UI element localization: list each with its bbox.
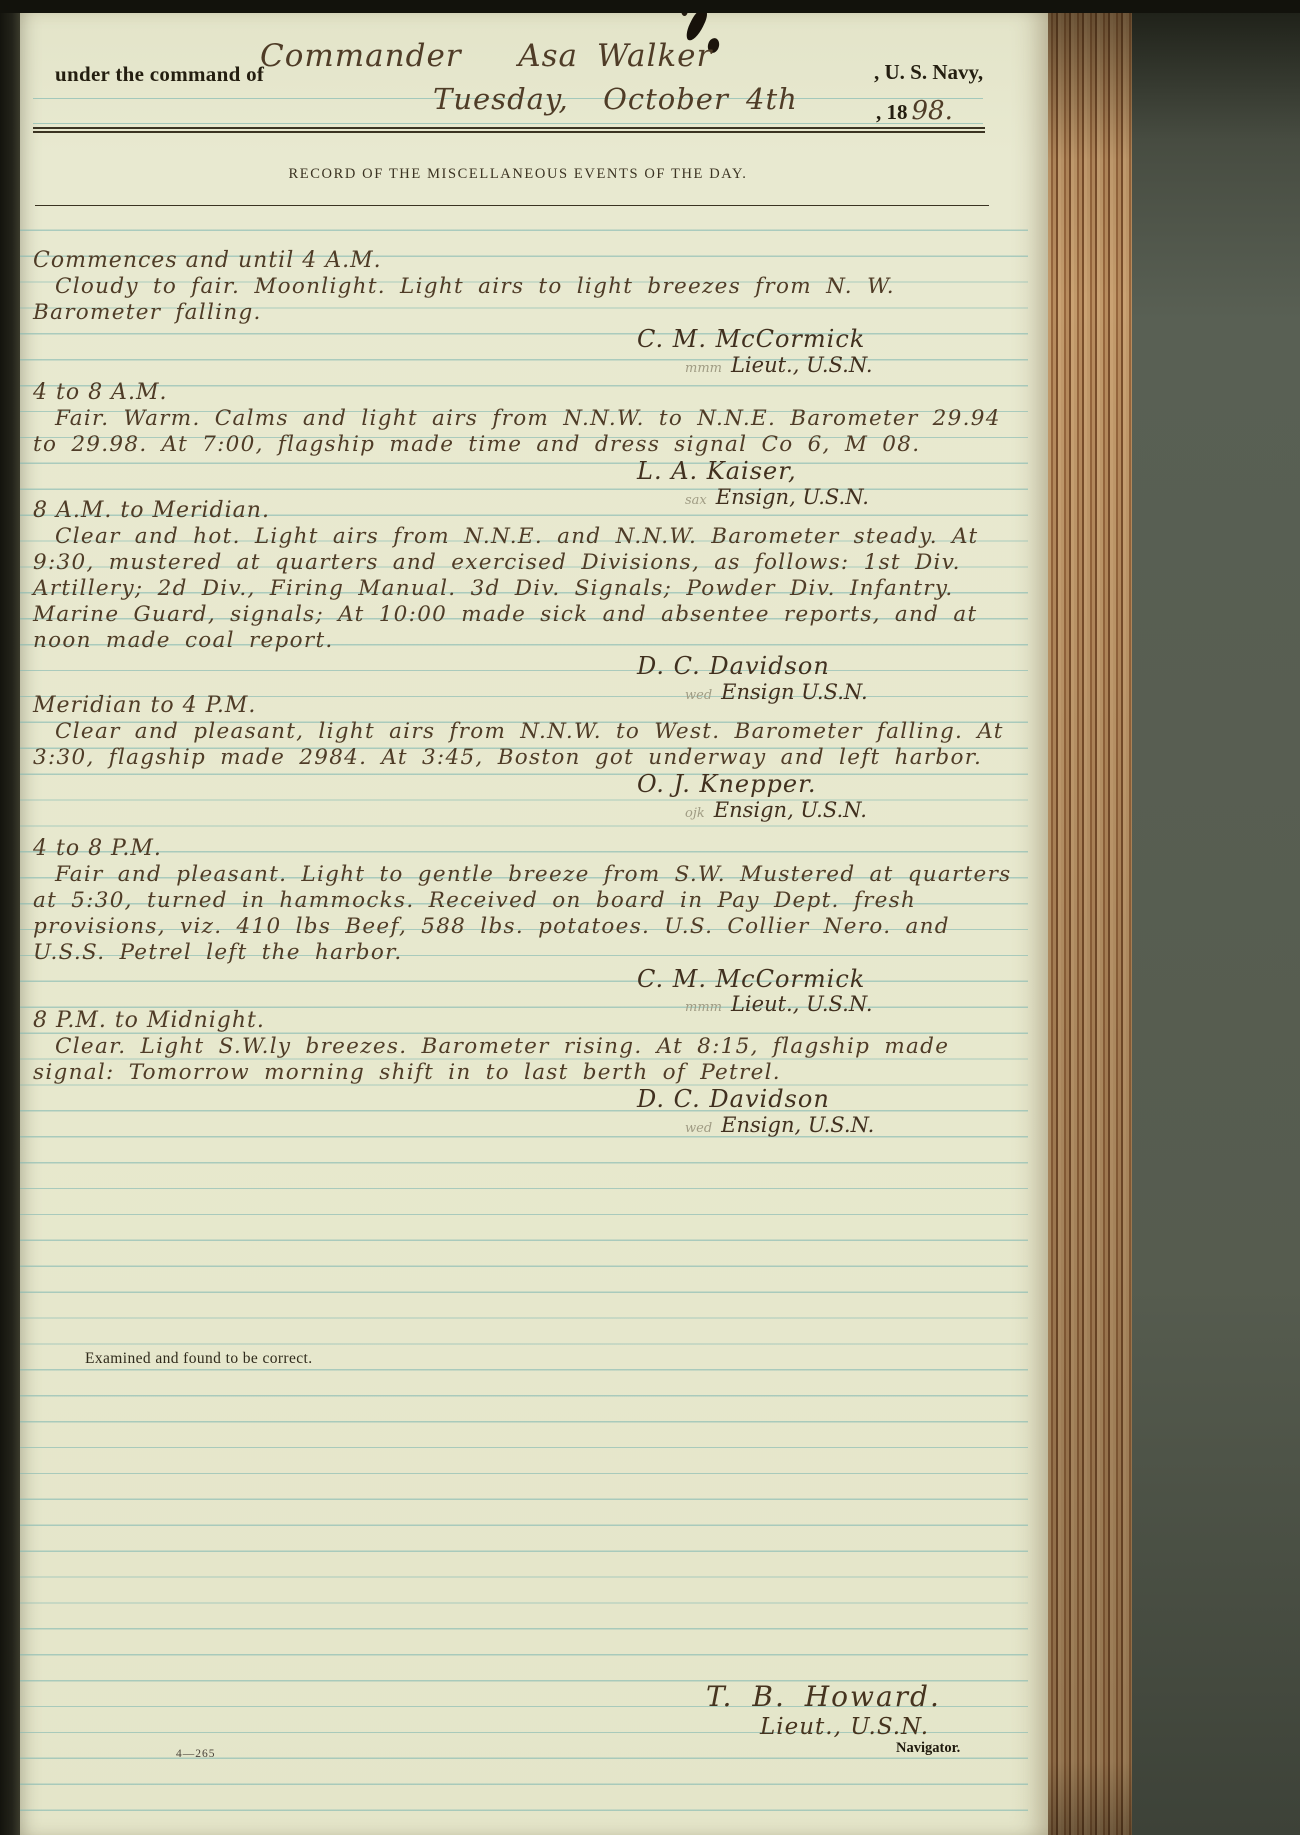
entry-heading: 8 P.M. to Midnight. [33, 1008, 1025, 1034]
examined-statement: Examined and found to be correct. [85, 1350, 313, 1368]
rank-text: Ensign, U.S.N. [714, 798, 867, 822]
rank-text: Ensign, U.S.N. [721, 1113, 874, 1137]
entry-body: Fair. Warm. Calms and light airs from N.… [33, 406, 1025, 458]
printed-command-prefix: under the command of [55, 62, 264, 87]
scan-top-shadow [0, 0, 1300, 13]
book-gutter-shadow [0, 0, 20, 1835]
signature-rank: wedEnsign, U.S.N. [637, 1113, 987, 1142]
header-double-rule-bottom [33, 131, 985, 133]
form-number: 4—265 [176, 1748, 216, 1760]
entry-body: Clear and hot. Light airs from N.N.E. an… [33, 524, 1025, 654]
signature-name: C. M. McCormick [637, 967, 987, 993]
entry-body: Clear. Light S.W.ly breezes. Barometer r… [33, 1034, 1025, 1086]
rank-text: Lieut., U.S.N. [731, 353, 873, 377]
printed-year-prefix: , 18 [876, 100, 908, 124]
log-entry-midnight-to-4am: Commences and until 4 A.M. Cloudy to fai… [33, 248, 1025, 382]
signature-rank: ojkEnsign, U.S.N. [637, 798, 987, 827]
section-title: RECORD OF THE MISCELLANEOUS EVENTS OF TH… [33, 166, 1003, 183]
header-double-rule-top [33, 127, 985, 129]
navigator-rank: Lieut., U.S.N. [760, 1714, 929, 1740]
printed-navigator-label: Navigator. [896, 1740, 960, 1757]
signature-name: L. A. Kaiser, [637, 459, 987, 485]
entry-heading: 4 to 8 P.M. [33, 836, 1025, 862]
entry-heading: 4 to 8 A.M. [33, 380, 1025, 406]
pencil-annotation: wed [685, 1121, 712, 1136]
log-entry-4-to-8am: 4 to 8 A.M. Fair. Warm. Calms and light … [33, 380, 1025, 514]
entry-body: Fair and pleasant. Light to gentle breez… [33, 862, 1025, 966]
date-handwritten: Tuesday, October 4th [433, 82, 798, 116]
log-entry-4-to-8pm: 4 to 8 P.M. Fair and pleasant. Light to … [33, 836, 1025, 1021]
signature-name: D. C. Davidson [637, 654, 987, 680]
signature-name: D. C. Davidson [637, 1087, 987, 1113]
log-entry-meridian-to-4pm: Meridian to 4 P.M. Clear and pleasant, l… [33, 693, 1025, 827]
signature-block: O. J. Knepper. ojkEnsign, U.S.N. [637, 772, 987, 827]
navigator-signature: T. B. Howard. [706, 1680, 941, 1713]
printed-us-navy-label: , U. S. Navy, [874, 60, 983, 85]
signature-name: O. J. Knepper. [637, 772, 987, 798]
entry-heading: Meridian to 4 P.M. [33, 693, 1025, 719]
page-stack-fore-edge [1048, 0, 1132, 1835]
pencil-annotation: mmm [685, 361, 722, 376]
signature-rank: mmmLieut., U.S.N. [637, 353, 987, 382]
signature-block: C. M. McCormick mmmLieut., U.S.N. [637, 327, 987, 382]
entry-body: Cloudy to fair. Moonlight. Light airs to… [33, 274, 1025, 326]
header-rule-line-2 [33, 123, 983, 124]
log-entry-8am-to-meridian: 8 A.M. to Meridian. Clear and hot. Light… [33, 498, 1025, 709]
year-line: , 1898. [876, 96, 953, 126]
section-divider-rule [35, 205, 989, 206]
year-handwritten: 98. [912, 96, 953, 126]
logbook-page: under the command of Commander Asa Walke… [18, 12, 1048, 1835]
entry-body: Clear and pleasant, light airs from N.N.… [33, 719, 1025, 771]
commander-name-handwritten: Commander Asa Walker [260, 38, 712, 74]
signature-name: C. M. McCormick [637, 327, 987, 353]
pencil-annotation: ojk [685, 806, 705, 821]
signature-block: D. C. Davidson wedEnsign, U.S.N. [637, 1087, 987, 1142]
log-entry-8pm-to-midnight: 8 P.M. to Midnight. Clear. Light S.W.ly … [33, 1008, 1025, 1142]
entry-heading: Commences and until 4 A.M. [33, 248, 1025, 274]
entry-heading: 8 A.M. to Meridian. [33, 498, 1025, 524]
